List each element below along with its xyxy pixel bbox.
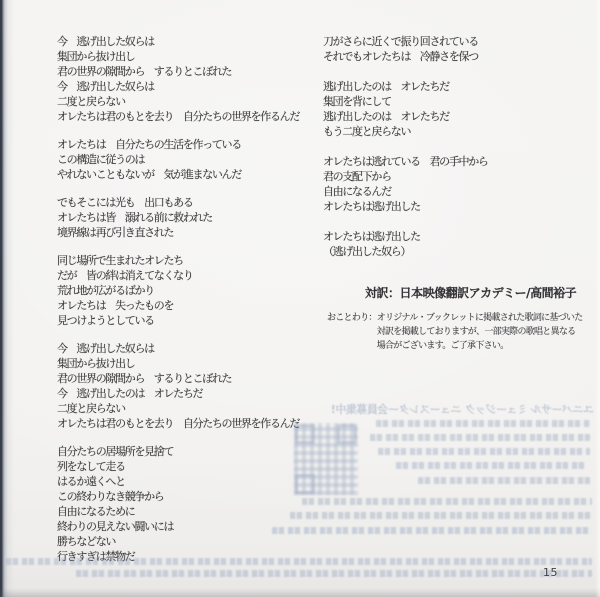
lyric-line: やれないこともないが 気が進まないんだ [57, 167, 299, 182]
lyric-line: はるか遠くへと [57, 474, 299, 489]
lyrics-right-column: 刀がさらに近くで振り回されているそれでもオレたちは 冷静さを保つ逃げ出したのは … [323, 34, 488, 274]
lyric-line: 集団から抜け出し [57, 49, 299, 64]
bleedthrough-line [396, 462, 586, 469]
lyric-line: オレたちは 自分たちの生活を作っている [57, 137, 299, 152]
bleedthrough-line [370, 434, 590, 441]
lyric-stanza: 今 逃げ出した奴らは集団から抜け出し君の世界の隙間から するりとこぼれた今 逃げ… [57, 341, 299, 431]
page-number: 15 [543, 566, 558, 579]
lyric-stanza: 自分たちの居場所を見捨て列をなして走るはるか遠くへとこの終わりなき競争から自由に… [57, 444, 299, 564]
lyric-stanza: オレたちは 自分たちの生活を作っているこの構造に従うのはやれないこともないが 気… [57, 137, 299, 182]
lyric-line: でもそこには光も 出口もある [57, 195, 299, 210]
lyric-line: 今 逃げ出した奴らは [57, 341, 299, 356]
lyric-line: 境界線は再び引き直された [57, 225, 299, 240]
lyric-line: 君の支配下から [323, 169, 488, 184]
lyric-line: オレたちは逃げ出した [323, 199, 488, 214]
lyric-line: この構造に従うのは [57, 152, 299, 167]
lyric-line: もう二度と戻らない [323, 124, 488, 139]
lyric-line: オレたちは君のもとを去り 自分たちの世界を作るんだ [57, 416, 299, 431]
lyric-line: 同じ場所で生まれたオレたち [57, 253, 299, 268]
lyric-line: 自由になるんだ [323, 184, 488, 199]
lyric-stanza: 同じ場所で生まれたオレたちだが 皆の絆は消えてなくなり荒れ地が広がるばかりオレた… [57, 253, 299, 328]
lyric-line: 今 逃げ出した奴らは [57, 79, 299, 94]
lyric-line: この終わりなき競争から [57, 489, 299, 504]
lyric-line: 見つけようとしている [57, 313, 299, 328]
bleedthrough-line [418, 477, 590, 484]
lyric-line: 逃げ出したのは オレたちだ [323, 79, 488, 94]
disclaimer-lines: オリジナル・ブックレットに掲載された歌詞に基づいた対訳を掲載しておりますが、一部… [377, 311, 583, 353]
lyric-line: だが 皆の絆は消えてなくなり [57, 268, 299, 283]
lyric-line: 終わりの見えない闘いには [57, 519, 299, 534]
lyric-line: それでもオレたちは 冷静さを保つ [323, 49, 488, 64]
lyric-stanza: オレたちは逃れている 君の手中から君の支配下から自由になるんだオレたちは逃げ出し… [323, 154, 488, 214]
lyric-stanza: 刀がさらに近くで振り回されているそれでもオレたちは 冷静さを保つ [323, 34, 488, 64]
lyric-line: オレたちは逃れている 君の手中から [323, 154, 488, 169]
lyric-line: 君の世界の隙間から するりとこぼれた [57, 64, 299, 79]
bleedthrough-qr-code [294, 423, 358, 495]
lyric-stanza: 逃げ出したのは オレたちだ集団を背にして逃げ出したのは オレたちだもう二度と戻ら… [323, 79, 488, 139]
bleedthrough-line [290, 512, 593, 519]
lyric-line: （逃げ出した奴ら） [323, 244, 488, 259]
disclaimer-line: 場合がございます。ご了承下さい。 [377, 339, 583, 353]
lyric-line: 集団を背にして [323, 94, 488, 109]
lyric-line: 刀がさらに近くで振り回されている [323, 34, 488, 49]
lyric-stanza: オレたちは逃げ出した（逃げ出した奴ら） [323, 229, 488, 259]
lyric-line: 逃げ出したのは オレたちだ [323, 109, 488, 124]
lyrics-left-column: 今 逃げ出した奴らは集団から抜け出し君の世界の隙間から するりとこぼれた今 逃げ… [57, 34, 299, 577]
booklet-page: 今 逃げ出した奴らは集団から抜け出し君の世界の隙間から するりとこぼれた今 逃げ… [0, 0, 600, 597]
bleedthrough-line [378, 448, 590, 455]
lyric-stanza: 今 逃げ出した奴らは集団から抜け出し君の世界の隙間から するりとこぼれた今 逃げ… [57, 34, 299, 124]
lyric-line: オレたちは逃げ出した [323, 229, 488, 244]
lyric-stanza: でもそこには光も 出口もあるオレたちは皆 溺れる前に救われた境界線は再び引き直さ… [57, 195, 299, 240]
lyric-line: 自由になるために [57, 504, 299, 519]
disclaimer-line: 対訳を掲載しておりますが、一部実際の歌唱と異なる [377, 325, 583, 339]
page-bottom-edge [0, 588, 600, 597]
lyric-line: オレたちは君のもとを去り 自分たちの世界を作るんだ [57, 109, 299, 124]
page-spine-edge [0, 0, 14, 597]
lyric-line: 勝ちなどない [57, 534, 299, 549]
disclaimer-note: おことわり： オリジナル・ブックレットに掲載された歌詞に基づいた対訳を掲載してお… [327, 311, 583, 353]
bleedthrough-line [302, 498, 592, 505]
translation-credit: 対訳：日本映像翻訳アカデミー/高間裕子 [365, 284, 576, 301]
lyric-line: 二度と戻らない [57, 94, 299, 109]
disclaimer-line: オリジナル・ブックレットに掲載された歌詞に基づいた [377, 311, 583, 325]
lyric-line: 今 逃げ出したのは オレたちだ [57, 386, 299, 401]
bleedthrough-heading: ユニバーサル ミュージック ニュースレター会員募集中! [298, 401, 594, 417]
lyric-line: 列をなして走る [57, 459, 299, 474]
lyric-line: オレたちは 失ったものを [57, 298, 299, 313]
bleedthrough-line [272, 527, 592, 534]
disclaimer-label: おことわり： [327, 311, 377, 325]
lyric-line: 荒れ地が広がるばかり [57, 283, 299, 298]
lyric-line: 君の世界の隙間から するりとこぼれた [57, 371, 299, 386]
lyric-line: 二度と戻らない [57, 401, 299, 416]
lyric-line: 集団から抜け出し [57, 356, 299, 371]
lyric-line: 今 逃げ出した奴らは [57, 34, 299, 49]
lyric-line: 行きすぎは禁物だ [57, 549, 299, 564]
bleedthrough-line [376, 420, 590, 427]
qr-finder-pattern [337, 424, 357, 444]
page-right-edge [595, 0, 600, 597]
lyric-line: オレたちは皆 溺れる前に救われた [57, 210, 299, 225]
lyric-line: 自分たちの居場所を見捨て [57, 444, 299, 459]
